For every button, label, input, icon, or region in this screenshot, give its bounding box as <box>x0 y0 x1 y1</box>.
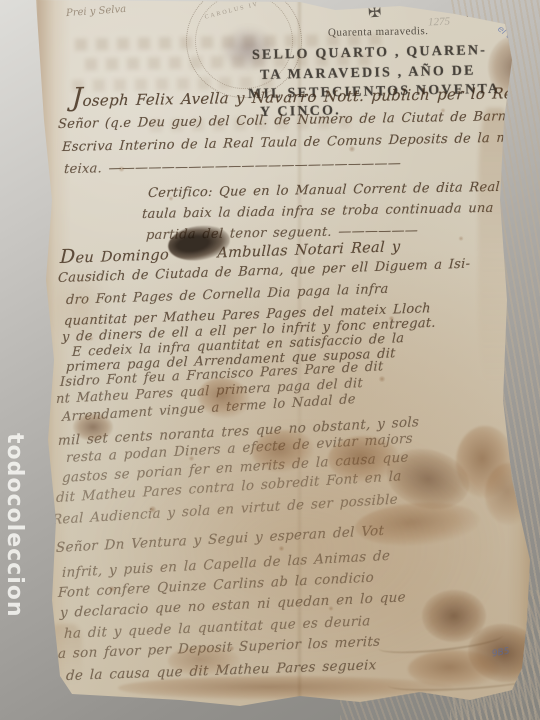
manuscript-line: de la causa que dit Matheu Pares segueix <box>66 657 377 684</box>
stain-blob <box>458 236 464 241</box>
stain-blob <box>378 376 386 382</box>
flourish-stroke <box>377 627 503 658</box>
manuscript-line: Escriva Interino de la Real Taula de Com… <box>62 130 523 155</box>
stain-blob <box>456 426 514 498</box>
cross-fleury-icon: ✠ <box>367 2 381 23</box>
manuscript-line: Señor (q.e Deu gue) del Coll. de Numero … <box>58 109 534 132</box>
manuscript-line: taula baix la diada infra se troba conti… <box>142 201 494 222</box>
faint-pencil-note: 1275 <box>428 16 450 29</box>
stain-blob <box>278 546 285 551</box>
top-left-scribble: Prei y Selva <box>66 4 127 19</box>
stain-blob <box>422 590 486 642</box>
manuscript-line: Joseph Felix Avella y Navarro Nott. publ… <box>71 74 540 113</box>
manuscript-line: Certifico: Que en lo Manual Corrent de d… <box>148 180 501 201</box>
manuscript-line: teixa. —————————————————————— <box>64 156 402 177</box>
photo-of-document: CAROLUS IV ✠ 1275 72 Quarenta maravedis.… <box>0 0 540 720</box>
tax-value-line: Quarenta maravedis. <box>328 25 429 39</box>
todocoleccion-watermark: todocoleccion <box>2 433 27 618</box>
manuscript-sheet: CAROLUS IV ✠ 1275 72 Quarenta maravedis.… <box>30 0 540 720</box>
stain-blob <box>408 650 500 688</box>
